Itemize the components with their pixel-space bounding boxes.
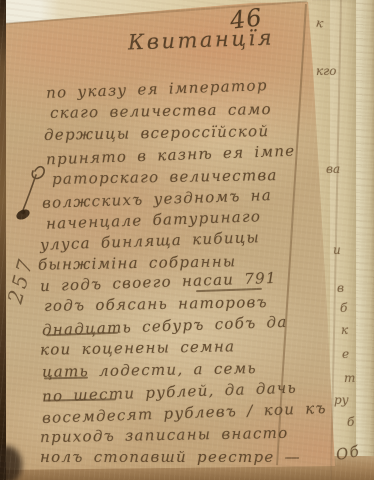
edge-text-fragment: е bbox=[342, 347, 349, 361]
edge-text-fragment: б bbox=[340, 301, 347, 315]
edge-text-fragment: ру bbox=[334, 393, 349, 407]
document-title: Квитанцїя bbox=[128, 25, 275, 54]
text-line: нолъ стопавшй реестре — bbox=[40, 448, 301, 466]
edge-text-fragment: т bbox=[344, 371, 355, 385]
edge-text-fragment: б bbox=[347, 415, 354, 429]
manuscript-scan: 46 Квитанцїя по указу ея імператор скаго… bbox=[0, 0, 374, 480]
text-line: кои коценены семна bbox=[40, 337, 236, 358]
edge-text-fragment: и bbox=[333, 243, 341, 257]
binding-gutter-shadow bbox=[0, 0, 6, 480]
edge-text-fragment: в bbox=[337, 281, 344, 295]
text-line: скаго величества само bbox=[50, 100, 272, 122]
edge-text-fragment: к bbox=[341, 323, 348, 337]
edge-text-fragment: кго bbox=[316, 64, 336, 78]
edge-text-fragment: ва bbox=[326, 162, 340, 176]
